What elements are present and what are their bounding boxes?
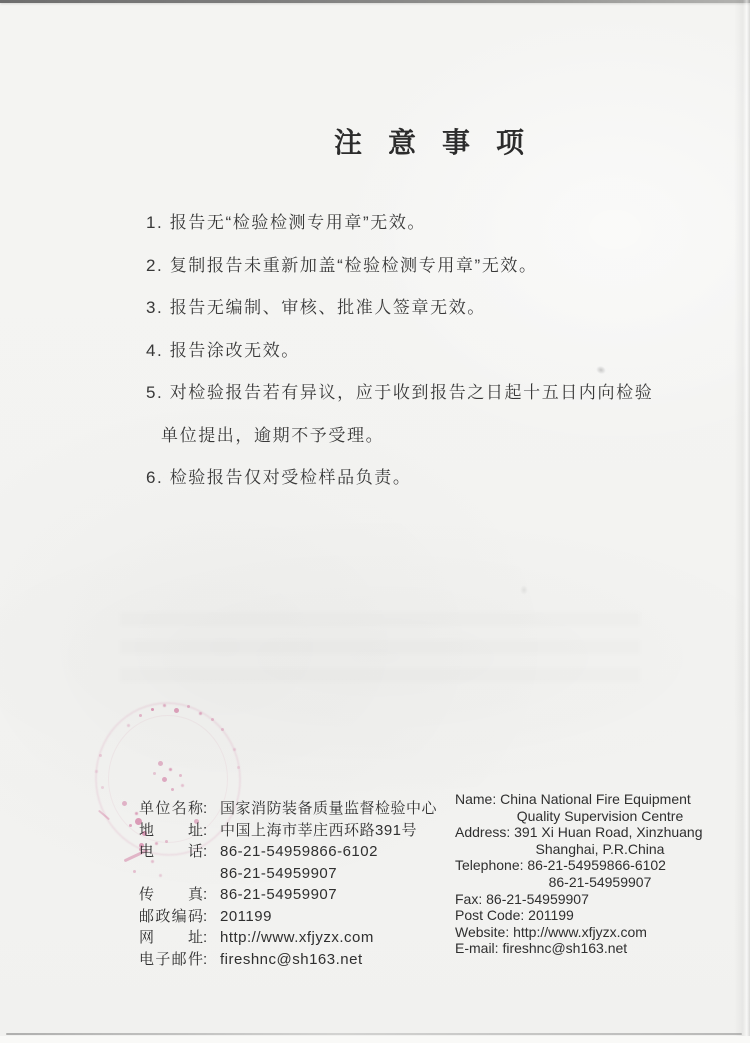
contact-row-telephone: 电话:86-21-54959866-6102 xyxy=(139,841,437,863)
note-item-6: 6. 检验报告仅对受检样品负责。 xyxy=(146,468,686,485)
contact-row-telephone-2: 86-21-54959907 xyxy=(139,863,437,885)
contact-en-name: Name: China National Fire Equipment xyxy=(455,791,745,808)
contact-row-website: 网址:http://www.xfjyzx.com xyxy=(139,927,437,949)
contact-en-address-continued: Shanghai, P.R.China xyxy=(455,841,745,858)
contact-row-postcode: 邮政编码:201199 xyxy=(139,906,437,928)
contact-label: 传真 xyxy=(139,884,203,906)
contact-colon: : xyxy=(203,841,211,863)
page-title: 注意事项 xyxy=(334,127,550,159)
contact-row-name: 单位名称:国家消防装备质量监督检验中心 xyxy=(139,798,437,820)
contact-info-en: Name: China National Fire Equipment Qual… xyxy=(455,791,745,957)
stamp-speckles xyxy=(93,700,96,703)
contact-label: 电子邮件 xyxy=(139,949,203,971)
paper-bleedthrough xyxy=(120,612,640,682)
contact-value: 86-21-54959907 xyxy=(220,863,337,885)
contact-row-address: 地址:中国上海市莘庄西环路391号 xyxy=(139,820,437,842)
contact-en-address: Address: 391 Xi Huan Road, Xinzhuang xyxy=(455,824,745,841)
scan-edge-top xyxy=(0,0,750,3)
contact-value: 中国上海市莘庄西环路391号 xyxy=(220,820,417,842)
contact-colon: : xyxy=(203,927,211,949)
contact-label: 邮政编码 xyxy=(139,906,203,928)
contact-colon: : xyxy=(203,820,211,842)
contact-colon: : xyxy=(203,949,211,971)
contact-en-name-continued: Quality Supervision Centre xyxy=(455,808,745,825)
contact-value: fireshnc@sh163.net xyxy=(220,949,363,971)
contact-label: 网址 xyxy=(139,927,203,949)
note-item-2: 2. 复制报告未重新加盖“检验检测专用章”无效。 xyxy=(146,256,686,273)
note-item-3: 3. 报告无编制、审核、批准人签章无效。 xyxy=(146,298,686,315)
contact-value: 201199 xyxy=(220,906,272,928)
contact-value: 86-21-54959866-6102 xyxy=(220,841,378,863)
stamp-mark xyxy=(98,810,110,821)
scan-smudge xyxy=(520,585,528,595)
scan-edge-bottom xyxy=(6,1033,742,1035)
contact-label: 电话 xyxy=(139,841,203,863)
contact-row-fax: 传真:86-21-54959907 xyxy=(139,884,437,906)
note-item-1: 1. 报告无“检验检测专用章”无效。 xyxy=(146,213,686,230)
contact-value: 86-21-54959907 xyxy=(220,884,337,906)
notes-list: 1. 报告无“检验检测专用章”无效。 2. 复制报告未重新加盖“检验检测专用章”… xyxy=(146,213,686,511)
note-item-4: 4. 报告涂改无效。 xyxy=(146,341,686,358)
contact-en-telephone-2: 86-21-54959907 xyxy=(455,874,745,891)
scanned-report-notice-page: 注意事项 1. 报告无“检验检测专用章”无效。 2. 复制报告未重新加盖“检验检… xyxy=(0,0,750,1043)
contact-en-website: Website: http://www.xfjyzx.com xyxy=(455,924,745,941)
note-item-5-continued: 单位提出，逾期不予受理。 xyxy=(146,426,686,443)
contact-value: http://www.xfjyzx.com xyxy=(220,927,374,949)
note-item-5: 5. 对检验报告若有异议，应于收到报告之日起十五日内向检验 xyxy=(146,383,686,400)
contact-en-postcode: Post Code: 201199 xyxy=(455,907,745,924)
contact-value: 国家消防装备质量监督检验中心 xyxy=(220,798,437,820)
contact-colon: : xyxy=(203,798,211,820)
scan-edge-bottom-strip xyxy=(0,1036,750,1043)
contact-colon: : xyxy=(203,906,211,928)
contact-label: 地址 xyxy=(139,820,203,842)
contact-row-email: 电子邮件:fireshnc@sh163.net xyxy=(139,949,437,971)
contact-label: 单位名称 xyxy=(139,798,203,820)
contact-en-email: E-mail: fireshnc@sh163.net xyxy=(455,940,745,957)
contact-en-telephone: Telephone: 86-21-54959866-6102 xyxy=(455,857,745,874)
contact-colon: : xyxy=(203,884,211,906)
contact-info-cn: 单位名称:国家消防装备质量监督检验中心 地址:中国上海市莘庄西环路391号 电话… xyxy=(139,798,437,970)
contact-en-fax: Fax: 86-21-54959907 xyxy=(455,891,745,908)
